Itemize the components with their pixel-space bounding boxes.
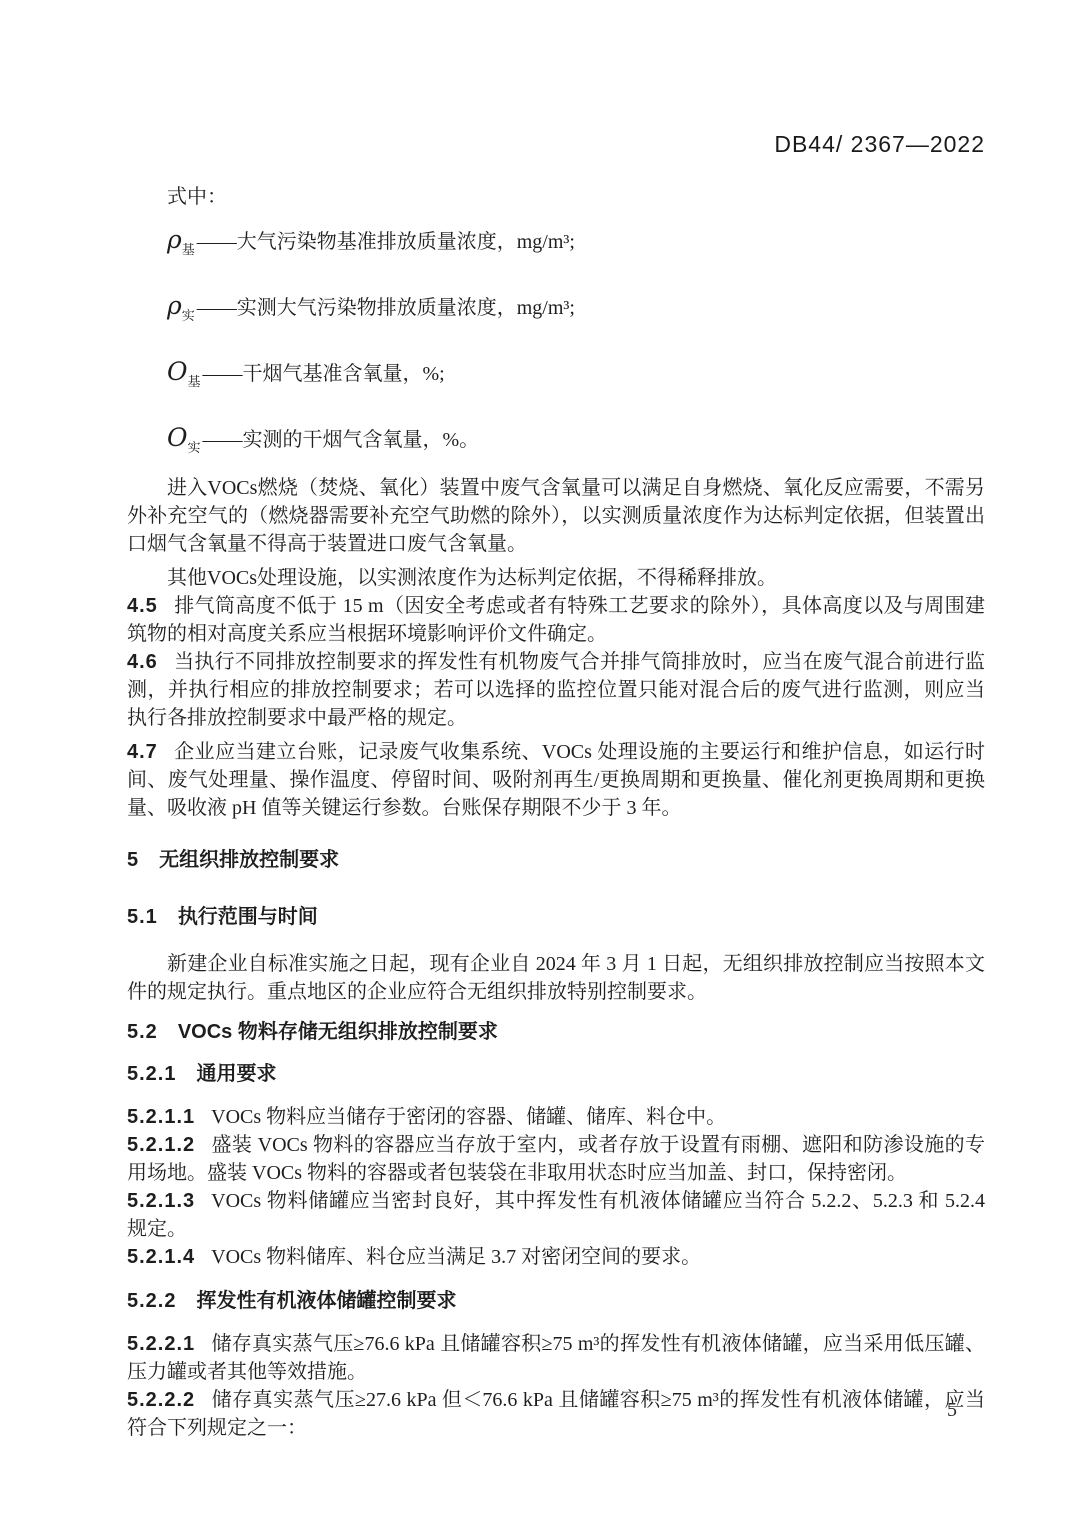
- clause-text: 当执行不同排放控制要求的挥发性有机物废气合并排气筒排放时，应当在废气混合前进行监…: [127, 651, 985, 729]
- formula-description: ——大气污染物基准排放质量浓度，mg/m³;: [197, 231, 575, 253]
- clause-4-7: 4.7企业应当建立台账，记录废气收集系统、VOCs 处理设施的主要运行和维护信息…: [127, 738, 985, 822]
- clause-5-2-1-4: 5.2.1.4VOCs 物料储库、料仓应当满足 3.7 对密闭空间的要求。: [127, 1243, 985, 1271]
- clause-number: 5.2.1.1: [127, 1106, 195, 1128]
- formula-definition: ρ实——实测大气污染物排放质量浓度，mg/m³;: [127, 292, 985, 330]
- clause-text: 储存真实蒸气压≥27.6 kPa 但＜76.6 kPa 且储罐容积≥75 m³的…: [127, 1389, 985, 1439]
- formula-symbol: ρ: [167, 225, 182, 254]
- standard-number-header: DB44/ 2367—2022: [774, 131, 985, 158]
- section-heading-5: 5无组织排放控制要求: [127, 846, 985, 874]
- formula-description: ——实测大气污染物排放质量浓度，mg/m³;: [197, 297, 575, 319]
- clause-4-6: 4.6当执行不同排放控制要求的挥发性有机物废气合并排气筒排放时，应当在废气混合前…: [127, 648, 985, 732]
- heading-number: 5.2: [127, 1021, 158, 1043]
- heading-title: 通用要求: [196, 1063, 276, 1085]
- clause-5-2-1-1: 5.2.1.1VOCs 物料应当储存于密闭的容器、储罐、储库、料仓中。: [127, 1103, 985, 1131]
- formula-symbol: O: [167, 423, 188, 452]
- page-number: 5: [947, 1399, 957, 1422]
- paragraph-oxygen-requirement: 进入VOCs燃烧（焚烧、氧化）装置中废气含氧量可以满足自身燃烧、氧化反应需要，不…: [127, 474, 985, 558]
- section-heading-5-2: 5.2VOCs 物料存储无组织排放控制要求: [127, 1018, 985, 1046]
- clause-number: 4.5: [127, 595, 158, 617]
- heading-number: 5: [127, 849, 139, 871]
- formula-symbol: O: [167, 357, 188, 386]
- paragraph-5-1: 新建企业自标准实施之日起，现有企业自 2024 年 3 月 1 日起，无组织排放…: [127, 950, 985, 1006]
- formula-description: ——干烟气基准含氧量，%;: [203, 363, 445, 385]
- clause-5-2-2-1: 5.2.2.1储存真实蒸气压≥76.6 kPa 且储罐容积≥75 m³的挥发性有…: [127, 1330, 985, 1386]
- clause-number: 4.6: [127, 651, 158, 673]
- clause-text: VOCs 物料储库、料仓应当满足 3.7 对密闭空间的要求。: [211, 1246, 701, 1268]
- clause-4-5: 4.5排气筒高度不低于 15 m（因安全考虑或者有特殊工艺要求的除外），具体高度…: [127, 592, 985, 648]
- formula-subscript: 实: [182, 308, 195, 323]
- clause-number: 5.2.2.2: [127, 1389, 195, 1411]
- clause-text: 排气筒高度不低于 15 m（因安全考虑或者有特殊工艺要求的除外），具体高度以及与…: [127, 595, 985, 645]
- clause-text: VOCs 物料储罐应当密封良好，其中挥发性有机液体储罐应当符合 5.2.2、5.…: [127, 1190, 985, 1240]
- heading-title: 挥发性有机液体储罐控制要求: [196, 1290, 456, 1312]
- clause-text: VOCs 物料应当储存于密闭的容器、储罐、储库、料仓中。: [211, 1106, 726, 1128]
- formula-subscript: 基: [188, 374, 201, 389]
- section-heading-5-2-1: 5.2.1通用要求: [127, 1060, 985, 1088]
- section-heading-5-2-2: 5.2.2挥发性有机液体储罐控制要求: [127, 1287, 985, 1315]
- clause-text: 盛装 VOCs 物料的容器应当存放于室内，或者存放于设置有雨棚、遮阳和防渗设施的…: [127, 1134, 985, 1184]
- clause-5-2-1-3: 5.2.1.3VOCs 物料储罐应当密封良好，其中挥发性有机液体储罐应当符合 5…: [127, 1187, 985, 1243]
- section-heading-5-1: 5.1执行范围与时间: [127, 903, 985, 931]
- formula-intro: 式中：: [127, 183, 985, 211]
- clause-number: 5.2.2.1: [127, 1333, 195, 1355]
- clause-5-2-1-2: 5.2.1.2盛装 VOCs 物料的容器应当存放于室内，或者存放于设置有雨棚、遮…: [127, 1131, 985, 1187]
- heading-title: 无组织排放控制要求: [159, 849, 339, 871]
- heading-title: 执行范围与时间: [178, 906, 318, 928]
- heading-number: 5.1: [127, 906, 158, 928]
- clause-number: 5.2.1.3: [127, 1190, 195, 1212]
- clause-number: 5.2.1.2: [127, 1134, 195, 1156]
- formula-subscript: 实: [188, 440, 201, 455]
- paragraph-other-facilities: 其他VOCs处理设施，以实测浓度作为达标判定依据，不得稀释排放。: [127, 564, 985, 592]
- heading-title: VOCs 物料存储无组织排放控制要求: [178, 1021, 498, 1043]
- heading-number: 5.2.1: [127, 1063, 176, 1085]
- clause-number: 5.2.1.4: [127, 1246, 195, 1268]
- formula-definition: O基——干烟气基准含氧量，%;: [127, 358, 985, 396]
- clause-5-2-2-2: 5.2.2.2储存真实蒸气压≥27.6 kPa 但＜76.6 kPa 且储罐容积…: [127, 1386, 985, 1442]
- document-page: DB44/ 2367—2022 式中： ρ基——大气污染物基准排放质量浓度，mg…: [0, 0, 1080, 1527]
- clause-number: 4.7: [127, 741, 158, 763]
- formula-subscript: 基: [182, 242, 195, 257]
- page-content: 式中： ρ基——大气污染物基准排放质量浓度，mg/m³; ρ实——实测大气污染物…: [127, 183, 985, 1442]
- clause-text: 储存真实蒸气压≥76.6 kPa 且储罐容积≥75 m³的挥发性有机液体储罐，应…: [127, 1333, 985, 1383]
- clause-text: 企业应当建立台账，记录废气收集系统、VOCs 处理设施的主要运行和维护信息，如运…: [127, 741, 985, 819]
- heading-number: 5.2.2: [127, 1290, 176, 1312]
- formula-definition: ρ基——大气污染物基准排放质量浓度，mg/m³;: [127, 226, 985, 264]
- formula-symbol: ρ: [167, 291, 182, 320]
- formula-definition: O实——实测的干烟气含氧量，%。: [127, 424, 985, 462]
- formula-description: ——实测的干烟气含氧量，%。: [203, 429, 480, 451]
